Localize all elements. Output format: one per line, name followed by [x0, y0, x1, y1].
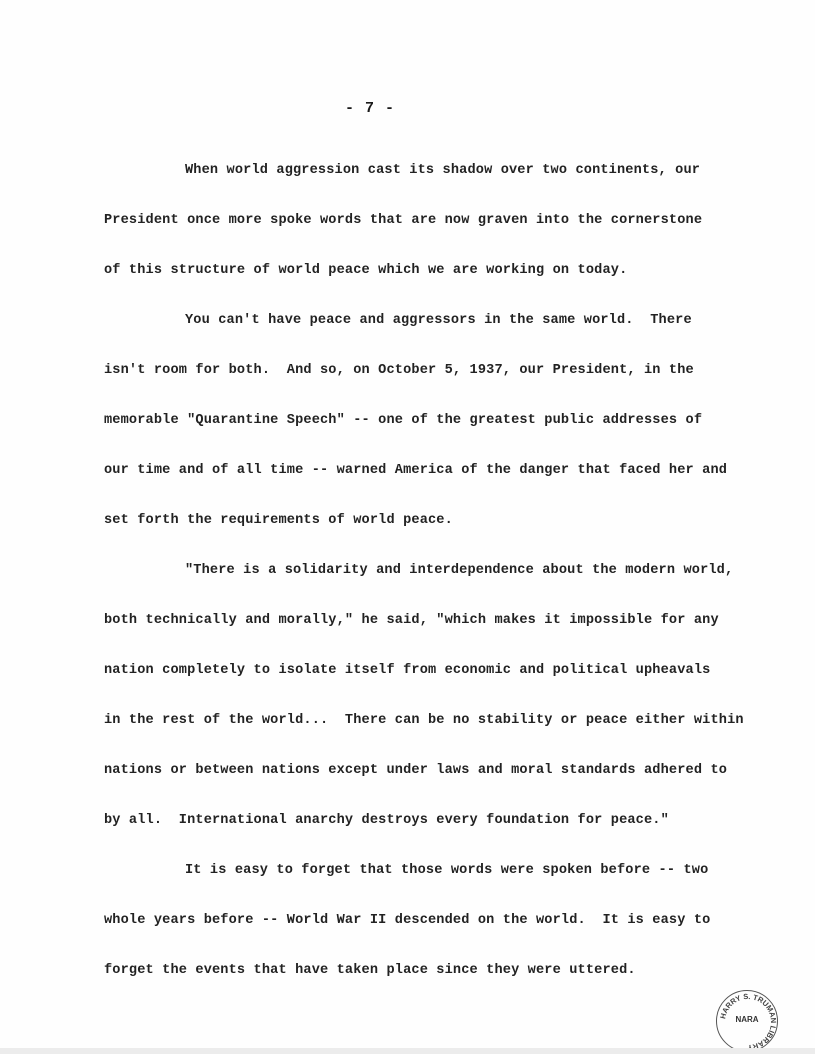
text-line: nations or between nations except under … — [104, 763, 727, 779]
text-line: of this structure of world peace which w… — [104, 263, 627, 279]
text-line: You can't have peace and aggressors in t… — [185, 313, 692, 329]
archive-stamp-icon: HARRY S. TRUMAN LIBRARY NARA — [716, 990, 778, 1052]
text-line: set forth the requirements of world peac… — [104, 513, 453, 529]
text-line: whole years before -- World War II desce… — [104, 913, 710, 929]
document-page: - 7 - When world aggression cast its sha… — [0, 0, 815, 1054]
text-line: both technically and morally," he said, … — [104, 613, 719, 629]
text-line: President once more spoke words that are… — [104, 213, 702, 229]
page-number: - 7 - — [0, 100, 740, 117]
text-line: It is easy to forget that those words we… — [185, 863, 708, 879]
stamp-center-text: NARA — [717, 1015, 777, 1024]
text-line: "There is a solidarity and interdependen… — [185, 563, 733, 579]
text-line: memorable "Quarantine Speech" -- one of … — [104, 413, 702, 429]
scan-bottom-edge — [0, 1048, 815, 1054]
text-line: forget the events that have taken place … — [104, 963, 636, 979]
text-line: in the rest of the world... There can be… — [104, 713, 744, 729]
text-line: nation completely to isolate itself from… — [104, 663, 710, 679]
text-line: our time and of all time -- warned Ameri… — [104, 463, 727, 479]
text-line: by all. International anarchy destroys e… — [104, 813, 669, 829]
text-line: When world aggression cast its shadow ov… — [185, 163, 700, 179]
text-line: isn't room for both. And so, on October … — [104, 363, 694, 379]
